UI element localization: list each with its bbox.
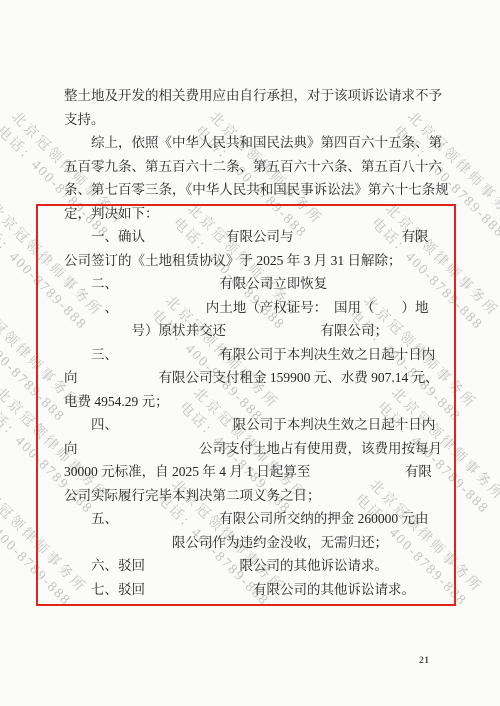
text-line: 五百零九条、第五百六十二条、第五百六十六条、第五百八十六 <box>64 155 464 179</box>
text-line: 条、第七百零三条，《中华人民共和国民事诉讼法》第六十七条规 <box>64 178 464 202</box>
text-line: 整土地及开发的相关费用应由自行承担，对于该项诉讼请求不予 <box>64 84 464 108</box>
text-line: 支持。 <box>64 108 464 132</box>
page-number: 21 <box>419 656 430 666</box>
text-line: 综上，依照《中华人民共和国民法典》第四百六十五条、第 <box>64 131 464 155</box>
highlight-box <box>36 204 456 606</box>
document-page: 北京冠领律师事务所电话：400-8789-888北京冠领律师事务所电话：400-… <box>0 0 500 706</box>
